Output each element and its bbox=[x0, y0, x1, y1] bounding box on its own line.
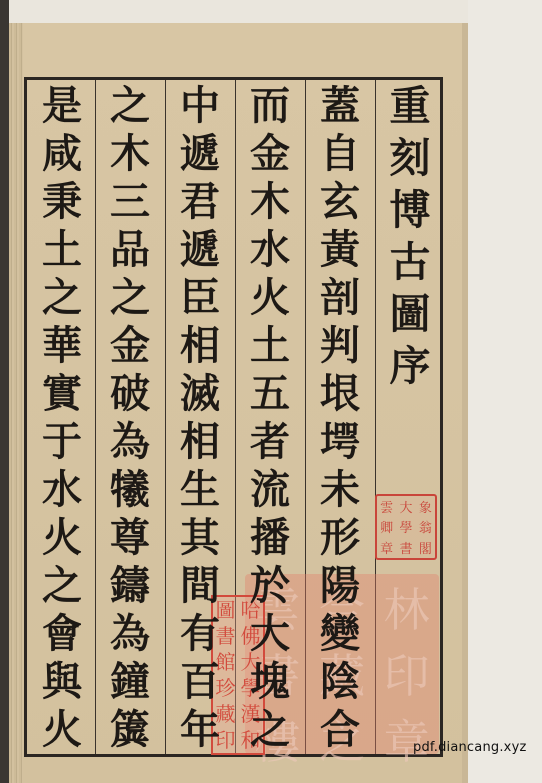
page-stack-edge bbox=[9, 23, 23, 783]
text-column-3: 而金木水火土五者流播於大塊之 bbox=[240, 86, 300, 754]
small-square-seal: 雲 大 象 卿 學 翁 章 書 閣 bbox=[375, 494, 437, 560]
text-character: 間 bbox=[180, 566, 220, 610]
text-character: 滅 bbox=[180, 374, 220, 418]
text-character: 遞 bbox=[180, 134, 220, 178]
text-character: 三 bbox=[110, 182, 150, 226]
text-character: 土 bbox=[250, 326, 290, 370]
text-character: 序 bbox=[390, 346, 431, 390]
seal-char: 卿 bbox=[377, 517, 396, 536]
text-character: 火 bbox=[42, 518, 82, 562]
text-character: 土 bbox=[42, 230, 82, 274]
text-character: 于 bbox=[42, 422, 82, 466]
text-character: 與 bbox=[42, 662, 82, 706]
text-column-6: 是咸秉土之華實于水火之會與火 bbox=[32, 86, 92, 754]
text-character: 中 bbox=[180, 86, 220, 130]
text-character: 變 bbox=[320, 614, 360, 658]
text-character: 金 bbox=[250, 134, 290, 178]
text-character: 君 bbox=[180, 182, 220, 226]
watermark-text: pdf.diancang.xyz bbox=[413, 740, 526, 755]
text-character: 鑄 bbox=[110, 566, 150, 610]
text-character: 木 bbox=[250, 182, 290, 226]
text-character: 簴 bbox=[110, 710, 150, 754]
text-column-5: 之木三品之金破為犧尊鑄為鐘簴 bbox=[100, 86, 160, 754]
text-character: 水 bbox=[250, 230, 290, 274]
page-fold bbox=[462, 23, 468, 783]
text-character: 相 bbox=[180, 422, 220, 466]
text-character: 大 bbox=[250, 614, 290, 658]
text-character: 之 bbox=[42, 566, 82, 610]
column-rule bbox=[165, 80, 166, 754]
text-character: 品 bbox=[110, 230, 150, 274]
text-character: 金 bbox=[110, 326, 150, 370]
text-character: 蓋 bbox=[320, 86, 360, 130]
text-column-2: 蓋自玄黃剖判垠堮未形陽變陰合 bbox=[310, 86, 370, 754]
text-character: 其 bbox=[180, 518, 220, 562]
text-character: 於 bbox=[250, 566, 290, 610]
text-character: 破 bbox=[110, 374, 150, 418]
seal-char: 閣 bbox=[416, 538, 435, 557]
text-character: 塊 bbox=[250, 662, 290, 706]
text-character: 黃 bbox=[320, 230, 360, 274]
text-character: 圖 bbox=[390, 294, 431, 338]
book-spine-shadow bbox=[0, 0, 9, 783]
text-character: 犧 bbox=[110, 470, 150, 514]
text-character: 鐘 bbox=[110, 662, 150, 706]
text-column-4: 中遞君遞臣相滅相生其間有百年 bbox=[170, 86, 230, 754]
text-character: 尊 bbox=[110, 518, 150, 562]
text-character: 之 bbox=[42, 278, 82, 322]
text-character: 播 bbox=[250, 518, 290, 562]
text-character: 自 bbox=[320, 134, 360, 178]
text-character: 而 bbox=[250, 86, 290, 130]
text-character: 之 bbox=[250, 710, 290, 754]
text-character: 堮 bbox=[320, 422, 360, 466]
text-character: 年 bbox=[180, 710, 220, 754]
background-page bbox=[468, 0, 542, 783]
column-rule bbox=[95, 80, 96, 754]
text-character: 會 bbox=[42, 614, 82, 658]
text-character: 有 bbox=[180, 614, 220, 658]
seal-char: 章 bbox=[377, 538, 396, 557]
text-character: 臣 bbox=[180, 278, 220, 322]
text-character: 生 bbox=[180, 470, 220, 514]
text-character: 之 bbox=[110, 86, 150, 130]
text-character: 者 bbox=[250, 422, 290, 466]
text-character: 形 bbox=[320, 518, 360, 562]
text-character: 木 bbox=[110, 134, 150, 178]
text-character: 遞 bbox=[180, 230, 220, 274]
top-margin bbox=[9, 0, 469, 23]
text-character: 百 bbox=[180, 662, 220, 706]
text-character: 陽 bbox=[320, 566, 360, 610]
text-character: 流 bbox=[250, 470, 290, 514]
text-character: 未 bbox=[320, 470, 360, 514]
seal-char: 翁 bbox=[416, 517, 435, 536]
text-character: 判 bbox=[320, 326, 360, 370]
text-character: 玄 bbox=[320, 182, 360, 226]
text-character: 水 bbox=[42, 470, 82, 514]
text-character: 為 bbox=[110, 614, 150, 658]
text-character: 火 bbox=[250, 278, 290, 322]
text-character: 古 bbox=[390, 242, 431, 286]
text-character: 合 bbox=[320, 710, 360, 754]
seal-char: 學 bbox=[396, 517, 415, 536]
seal-char: 象 bbox=[416, 497, 435, 516]
text-character: 咸 bbox=[42, 134, 82, 178]
text-character: 火 bbox=[42, 710, 82, 754]
text-character: 華 bbox=[42, 326, 82, 370]
text-character: 為 bbox=[110, 422, 150, 466]
text-character: 博 bbox=[390, 190, 431, 234]
seal-char: 大 bbox=[396, 497, 415, 516]
text-character: 垠 bbox=[320, 374, 360, 418]
text-character: 秉 bbox=[42, 182, 82, 226]
text-character: 實 bbox=[42, 374, 82, 418]
text-character: 五 bbox=[250, 374, 290, 418]
text-character: 相 bbox=[180, 326, 220, 370]
text-character: 是 bbox=[42, 86, 82, 130]
text-character: 刻 bbox=[390, 138, 431, 182]
text-character: 之 bbox=[110, 278, 150, 322]
text-column-1-title: 重刻博古圖序 bbox=[380, 86, 440, 754]
text-character: 重 bbox=[390, 86, 431, 130]
seal-char: 雲 bbox=[377, 497, 396, 516]
seal-char: 書 bbox=[396, 538, 415, 557]
text-character: 剖 bbox=[320, 278, 360, 322]
text-character: 陰 bbox=[320, 662, 360, 706]
